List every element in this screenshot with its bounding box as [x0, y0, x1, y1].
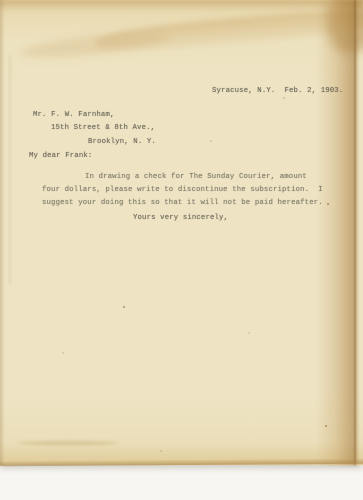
top-stain-band — [0, 0, 363, 11]
bottom-paper-edge — [0, 459, 363, 467]
left-paper-edge — [0, 0, 5, 465]
body-line: four dollars, please write to discontinu… — [42, 186, 323, 194]
foxing-speck — [210, 140, 212, 142]
foxing-speck — [123, 306, 125, 308]
closing: Yours very sincerely, — [133, 214, 228, 222]
foxing-speck — [327, 203, 329, 205]
recipient-city: Brooklyn, N. Y. — [88, 138, 156, 146]
dateline: Syracuse, N.Y. Feb. 2, 1903. — [212, 87, 343, 95]
right-paper-edge — [354, 0, 356, 465]
bottom-left-smudge — [18, 441, 118, 445]
recipient-name: Mr. F. W. Farnham, — [33, 111, 115, 119]
foxing-speck — [283, 97, 285, 99]
foxing-speck — [325, 425, 327, 427]
scan-background: Syracuse, N.Y. Feb. 2, 1903. Mr. F. W. F… — [0, 0, 363, 500]
foxing-speck — [248, 332, 250, 334]
salutation: My dear Frank: — [29, 152, 92, 160]
foxing-speck — [160, 450, 162, 452]
diagonal-stain-light — [19, 28, 170, 62]
recipient-street: 15th Street & 8th Ave., — [51, 124, 155, 132]
foxing-speck — [62, 352, 64, 354]
body-line: suggest your doing this so that it will … — [42, 199, 323, 207]
letter-paper: Syracuse, N.Y. Feb. 2, 1903. Mr. F. W. F… — [0, 0, 363, 465]
fold-crease — [9, 55, 11, 285]
body-line: In drawing a check for The Sunday Courie… — [85, 173, 307, 181]
right-edge-stain-band — [316, 0, 357, 465]
